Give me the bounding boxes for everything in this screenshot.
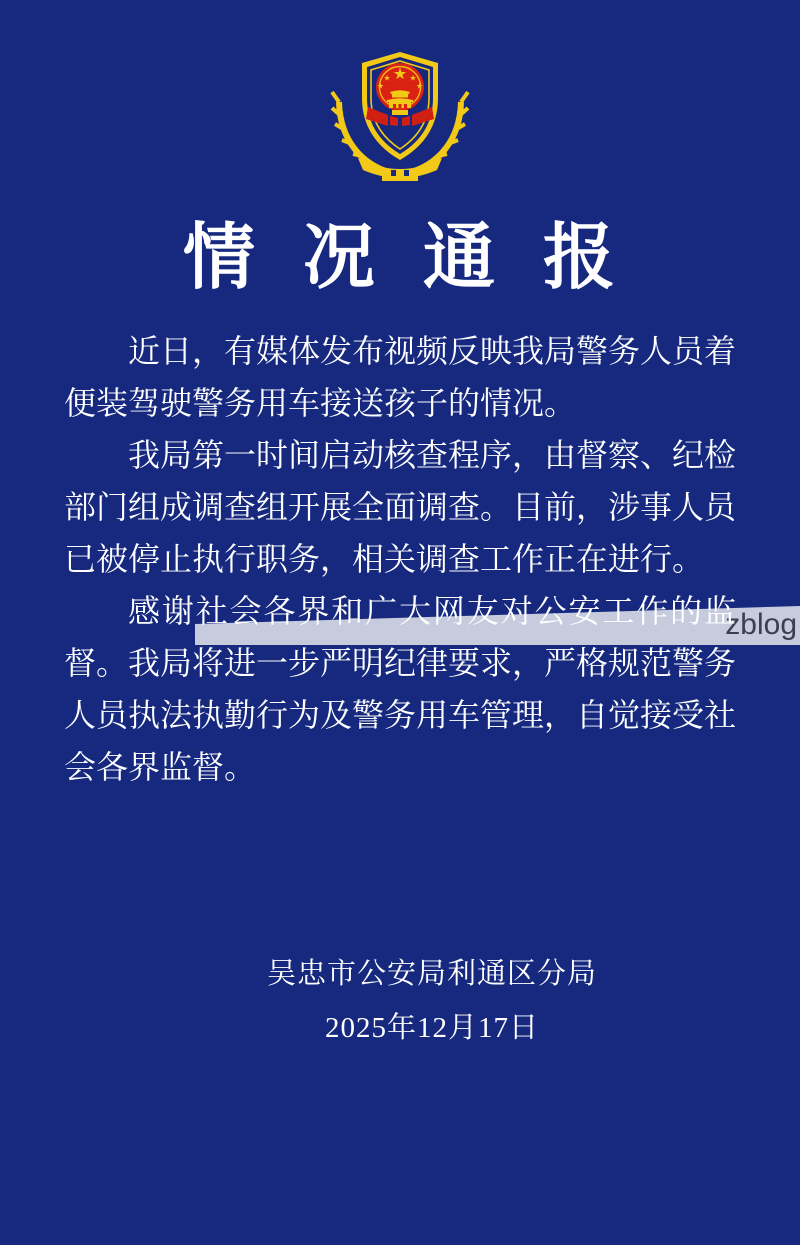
issue-date: 2025年12月17日 [64, 1011, 800, 1045]
notice-body: 近日，有媒体发布视频反映我局警务人员着便装驾驶警务用车接送孩子的情况。 我局第一… [64, 325, 736, 793]
paragraph-investigation: 我局第一时间启动核查程序，由督察、纪检部门组成调查组开展全面调查。目前，涉事人员… [64, 429, 736, 585]
paragraph-thanks: 感谢社会各界和广大网友对公安工作的监督。我局将进一步严明纪律要求，严格规范警务人… [64, 585, 736, 793]
gear-icon [392, 110, 408, 115]
watermark-text: zblog [725, 609, 797, 641]
paragraph-incident: 近日，有媒体发布视频反映我局警务人员着便装驾驶警务用车接送孩子的情况。 [64, 325, 736, 429]
issuing-authority: 吴忠市公安局利通区分局 [64, 955, 800, 993]
notice-page: { "page": { "background_color": "#16297f… [0, 0, 800, 1245]
tiananmen-icon [387, 90, 413, 108]
notice-footer: 吴忠市公安局利通区分局 2025年12月17日 [0, 955, 800, 1045]
notice-title: 情 况 通 报 [0, 218, 800, 298]
police-badge-icon [330, 46, 470, 186]
